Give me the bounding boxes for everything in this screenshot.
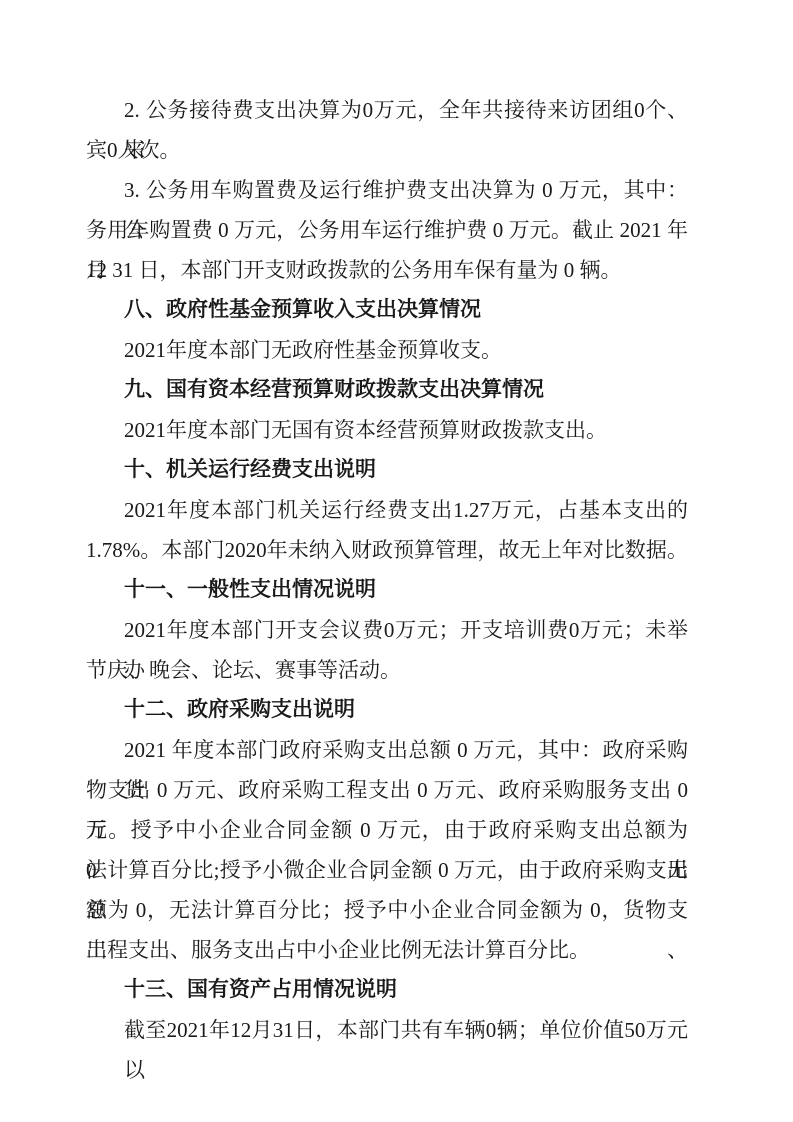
section-heading: 十、机关运行经费支出说明 <box>86 450 688 490</box>
text-line: 2021年度本部门无政府性基金预算收支。 <box>86 330 688 370</box>
paragraph: 2021年度本部门开支会议费0万元；开支培训费0万元；未举办节庆、晚会、论坛、赛… <box>86 610 688 690</box>
paragraph: 2021年度本部门无政府性基金预算收支。 <box>86 330 688 370</box>
text-line: 八、政府性基金预算收入支出决算情况 <box>86 290 688 330</box>
text-line: 1.78%。本部门2020年未纳入财政预算管理，故无上年对比数据。 <box>86 530 688 570</box>
section-heading: 九、国有资本经营预算财政拨款支出决算情况 <box>86 370 688 410</box>
paragraph: 截至2021年12月31日，本部门共有车辆0辆；单位价值50万元以 <box>86 1010 688 1050</box>
paragraph: 2021年度本部门机关运行经费支出1.27万元，占基本支出的1.78%。本部门2… <box>86 490 688 570</box>
section-heading: 十二、政府采购支出说明 <box>86 690 688 730</box>
text-line: 2021年度本部门无国有资本经营预算财政拨款支出。 <box>86 410 688 450</box>
section-heading: 十三、国有资产占用情况说明 <box>86 970 688 1010</box>
paragraph: 2021年度本部门无国有资本经营预算财政拨款支出。 <box>86 410 688 450</box>
text-line: 宾0人次。 <box>86 130 688 170</box>
text-line: 截至2021年12月31日，本部门共有车辆0辆；单位价值50万元以 <box>86 1010 688 1050</box>
text-line: 十三、国有资产占用情况说明 <box>86 970 688 1010</box>
text-line: 九、国有资本经营预算财政拨款支出决算情况 <box>86 370 688 410</box>
text-line: 额为 0，无法计算百分比；授予中小企业合同金额为 0，货物支出、 <box>86 890 688 930</box>
text-line: 2. 公务接待费支出决算为0万元，全年共接待来访团组0个、来 <box>86 90 688 130</box>
section-heading: 十一、一般性支出情况说明 <box>86 570 688 610</box>
paragraph: 3. 公务用车购置费及运行维护费支出决算为 0 万元，其中：公务用车购置费 0 … <box>86 170 688 290</box>
text-line: 2021 年度本部门政府采购支出总额 0 万元，其中：政府采购货 <box>86 730 688 770</box>
text-line: 法计算百分比;授予小微企业合同金额 0 万元，由于政府采购支出总 <box>86 850 688 890</box>
text-line: 元。授予中小企业合同金额 0 万元，由于政府采购支出总额为 0，无 <box>86 810 688 850</box>
paragraph: 2021 年度本部门政府采购支出总额 0 万元，其中：政府采购货物支出 0 万元… <box>86 730 688 970</box>
text-line: 月 31 日，本部门开支财政拨款的公务用车保有量为 0 辆。 <box>86 250 688 290</box>
text-line: 物支出 0 万元、政府采购工程支出 0 万元、政府采购服务支出 0 万 <box>86 770 688 810</box>
text-line: 节庆、晚会、论坛、赛事等活动。 <box>86 650 688 690</box>
text-line: 3. 公务用车购置费及运行维护费支出决算为 0 万元，其中：公 <box>86 170 688 210</box>
text-line: 十一、一般性支出情况说明 <box>86 570 688 610</box>
text-line: 2021年度本部门机关运行经费支出1.27万元，占基本支出的 <box>86 490 688 530</box>
paragraph: 2. 公务接待费支出决算为0万元，全年共接待来访团组0个、来宾0人次。 <box>86 90 688 170</box>
text-line: 务用车购置费 0 万元，公务用车运行维护费 0 万元。截止 2021 年 12 <box>86 210 688 250</box>
document-content: 2. 公务接待费支出决算为0万元，全年共接待来访团组0个、来宾0人次。3. 公务… <box>86 90 688 1050</box>
text-line: 2021年度本部门开支会议费0万元；开支培训费0万元；未举办 <box>86 610 688 650</box>
text-line: 十、机关运行经费支出说明 <box>86 450 688 490</box>
section-heading: 八、政府性基金预算收入支出决算情况 <box>86 290 688 330</box>
text-line: 十二、政府采购支出说明 <box>86 690 688 730</box>
document-page: 2. 公务接待费支出决算为0万元，全年共接待来访团组0个、来宾0人次。3. 公务… <box>0 0 793 1122</box>
